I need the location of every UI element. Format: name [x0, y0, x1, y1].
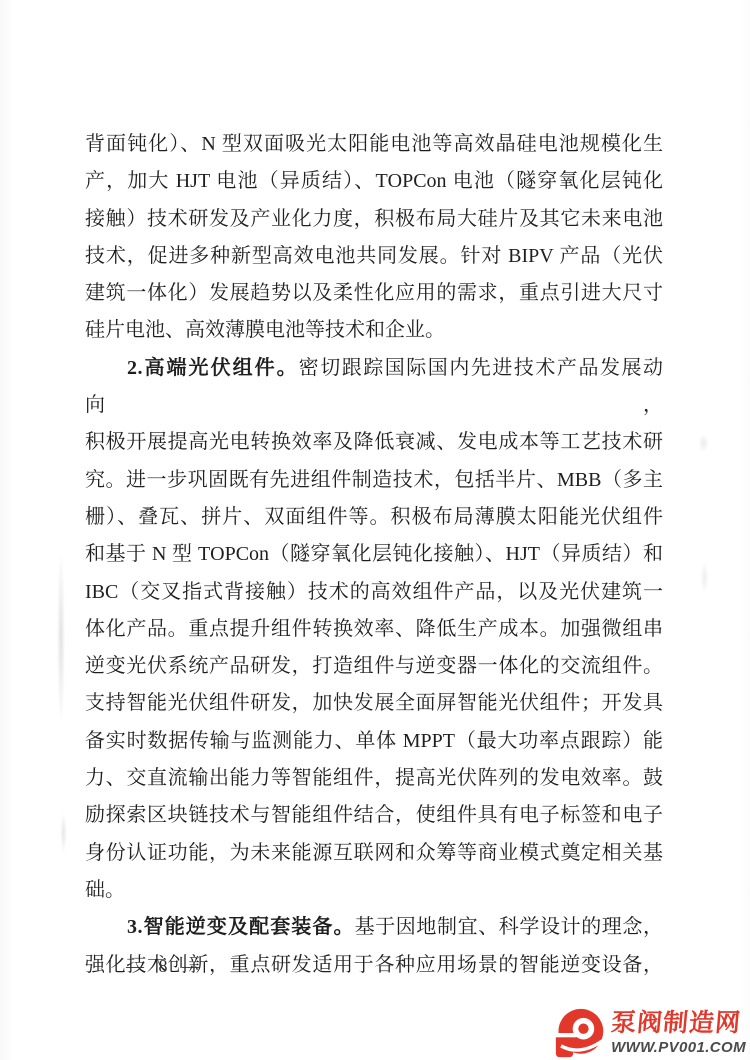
text-line: 备实时数据传输与监测能力、单体 MPPT（最大功率点跟踪）能 — [85, 723, 663, 760]
section-heading: 2.高端光伏组件。 — [127, 357, 299, 379]
text-line: 究。进一步巩固既有先进组件制造技术，包括半片、MBB（多主 — [85, 462, 663, 499]
paragraph: 背面钝化）、N 型双面吸光太阳能电池等高效晶硅电池规模化生 产，加大 HJT 电… — [85, 126, 663, 350]
text-line: 励探索区块链技术与智能组件结合，使组件具有电子标签和电子 — [85, 797, 663, 834]
text-line: 础。 — [85, 872, 663, 909]
watermark-site-name: 泵阀制造网 — [610, 1011, 747, 1036]
text-line: IBC（交叉指式背接触）技术的高效组件产品，以及光伏建筑一 — [85, 574, 663, 611]
text-line: 技术，促进多种新型高效电池共同发展。针对 BIPV 产品（光伏 — [85, 238, 663, 275]
body-text: 背面钝化）、N 型双面吸光太阳能电池等高效晶硅电池规模化生 产，加大 HJT 电… — [85, 126, 663, 984]
text-line: 接触）技术研发及产业化力度，积极布局大硅片及其它未来电池 — [85, 201, 663, 238]
text-line: 和基于 N 型 TOPCon（隧穿氧化层钝化接触）、HJT（异质结）和 — [85, 536, 663, 573]
text-line: 逆变光伏系统产品研发，打造组件与逆变器一体化的交流组件。 — [85, 648, 663, 685]
text-line: 3.智能逆变及配套装备。基于因地制宜、科学设计的理念， — [85, 909, 663, 946]
text-line: 建筑一体化）发展趋势以及柔性化应用的需求，重点引进大尺寸 — [85, 275, 663, 312]
text-line: 力、交直流输出能力等智能组件，提高光伏阵列的发电效率。鼓 — [85, 760, 663, 797]
page-number: — 8 — — [126, 956, 201, 977]
text-line: 2.高端光伏组件。密切跟踪国际国内先进技术产品发展动向， — [85, 350, 663, 425]
text-line: 支持智能光伏组件研发，加快发展全面屏智能光伏组件；开发具 — [85, 685, 663, 722]
site-watermark[interactable]: 泵阀制造网 WWW.PV001.COM — [554, 1008, 746, 1058]
text-line: 栅）、叠瓦、拼片、双面组件等。积极布局薄膜太阳能光伏组件 — [85, 499, 663, 536]
text-run: 基于因地制宜、科学设计的理念， — [355, 916, 663, 938]
text-line: 积极开展提高光电转换效率及降低衰减、发电成本等工艺技术研 — [85, 424, 663, 461]
pump-valve-logo-icon — [554, 1008, 606, 1058]
text-line: 背面钝化）、N 型双面吸光太阳能电池等高效晶硅电池规模化生 — [85, 126, 663, 163]
paragraph: 2.高端光伏组件。密切跟踪国际国内先进技术产品发展动向， 积极开展提高光电转换效… — [85, 350, 663, 909]
section-heading: 3.智能逆变及配套装备。 — [127, 916, 355, 938]
text-line: 身份认证功能，为未来能源互联网和众筹等商业模式奠定相关基 — [85, 835, 663, 872]
text-line: 体化产品。重点提升组件转换效率、降低生产成本。加强微组串 — [85, 611, 663, 648]
watermark-site-url: WWW.PV001.COM — [611, 1040, 746, 1055]
text-line: 硅片电池、高效薄膜电池等技术和企业。 — [85, 312, 663, 349]
watermark-text: 泵阀制造网 WWW.PV001.COM — [611, 1011, 746, 1055]
text-line: 产，加大 HJT 电池（异质结）、TOPCon 电池（隧穿氧化层钝化 — [85, 163, 663, 200]
